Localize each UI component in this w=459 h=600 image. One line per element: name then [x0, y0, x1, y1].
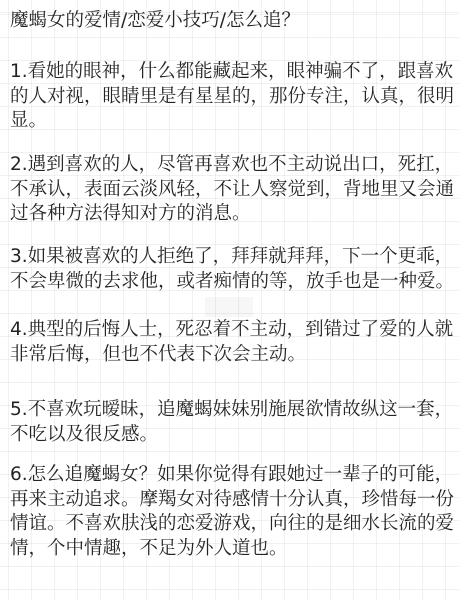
paragraph-6: 6.怎么追魔蝎女？如果你觉得有跟她过一辈子的可能， 再来主动追求。摩羯女对待感情… — [10, 463, 454, 561]
paragraph-4: 4.典型的后悔人士，死忍着不主动，到错过了爱的人就 非常后悔，但也不代表下次会主… — [10, 318, 453, 367]
paragraph-line: 情，个中情趣，不足为外人道也。 — [10, 537, 454, 562]
paragraph-line: 情谊。不喜欢肤浅的恋爱游戏，向往的是细水长流的爱 — [10, 512, 454, 537]
paragraph-5: 5.不喜欢玩暧昧，追魔蝎妹妹别施展欲情故纵这一套， 不吃以及很反感。 — [10, 398, 453, 447]
paragraph-2: 2.遇到喜欢的人，尽管再喜欢也不主动说出口，死扛， 不承认，表面云淡风轻，不让人… — [10, 153, 454, 227]
paragraph-line: 显。 — [10, 109, 454, 134]
paragraph-line: 4.典型的后悔人士，死忍着不主动，到错过了爱的人就 — [10, 318, 453, 343]
paragraph-1: 1.看她的眼神，什么都能藏起来，眼神骗不了，跟喜欢 的人对视，眼睛里是有星星的，… — [10, 60, 454, 134]
faint-watermark — [205, 297, 253, 317]
paragraph-line: 的人对视，眼睛里是有星星的，那份专注，认真，很明 — [10, 85, 454, 110]
paragraph-line: 1.看她的眼神，什么都能藏起来，眼神骗不了，跟喜欢 — [10, 60, 454, 85]
paragraph-line: 5.不喜欢玩暧昧，追魔蝎妹妹别施展欲情故纵这一套， — [10, 398, 453, 423]
paragraph-3: 3.如果被喜欢的人拒绝了，拜拜就拜拜，下一个更乖， 不会卑微的去求他，或者痴情的… — [10, 245, 454, 294]
paragraph-line: 2.遇到喜欢的人，尽管再喜欢也不主动说出口，死扛， — [10, 153, 454, 178]
paragraph-line: 6.怎么追魔蝎女？如果你觉得有跟她过一辈子的可能， — [10, 463, 454, 488]
paragraph-line: 不吃以及很反感。 — [10, 423, 453, 448]
paragraph-line: 再来主动追求。摩羯女对待感情十分认真，珍惜每一份 — [10, 488, 454, 513]
paragraph-line: 不承认，表面云淡风轻，不让人察觉到，背地里又会通 — [10, 178, 454, 203]
paragraph-line: 不会卑微的去求他，或者痴情的等，放手也是一种爱。 — [10, 270, 454, 295]
paragraph-line: 非常后悔，但也不代表下次会主动。 — [10, 343, 453, 368]
paragraph-line: 3.如果被喜欢的人拒绝了，拜拜就拜拜，下一个更乖， — [10, 245, 454, 270]
article-title: 魔蝎女的爱情/恋爱小技巧/怎么追？ — [10, 8, 300, 33]
paragraph-line: 过各种方法得知对方的消息。 — [10, 202, 454, 227]
